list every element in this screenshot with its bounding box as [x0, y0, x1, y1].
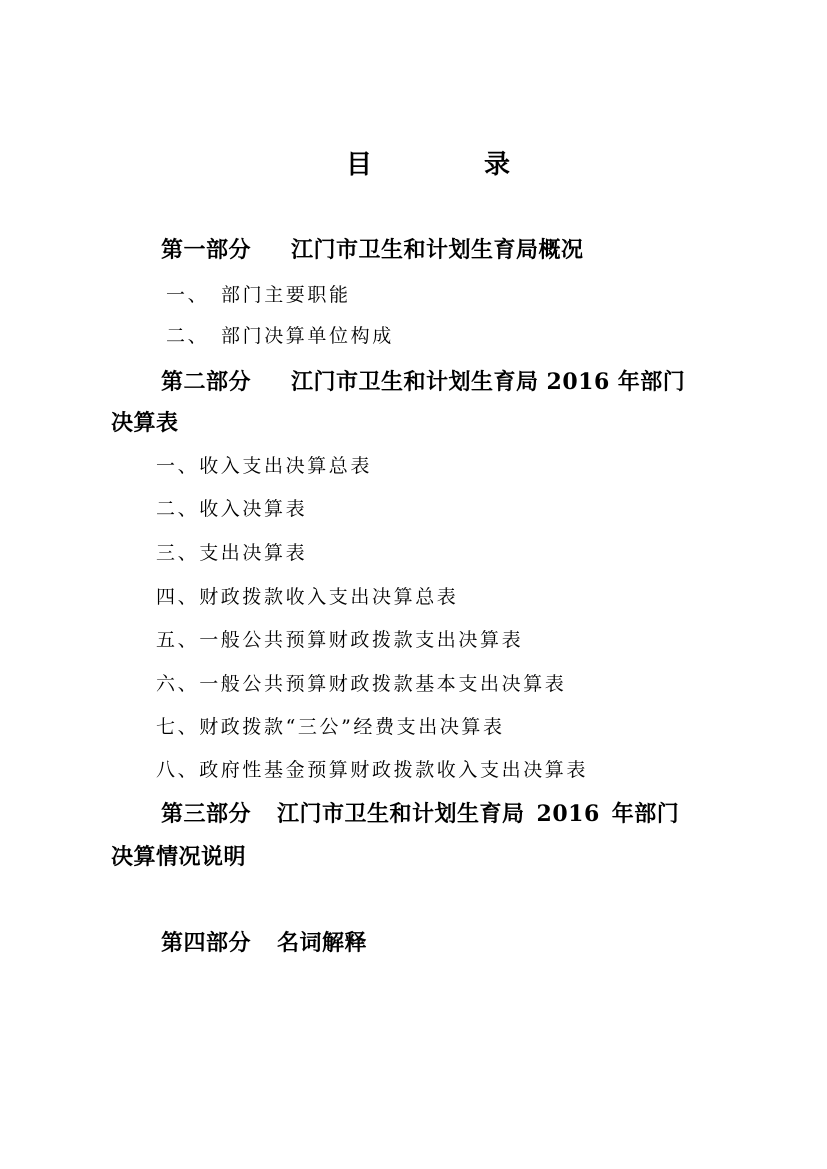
item-text: 一般公共预算财政拨款基本支出决算表 [199, 673, 566, 695]
part-3-title-pre: 江门市卫生和计划生育局 [277, 802, 525, 827]
item-text: 部门决算单位构成 [221, 325, 394, 347]
part-3-title-post: 年部门 [612, 802, 680, 827]
part-4-title: 名词解释 [277, 931, 367, 956]
part-2-item-3: 三、支出决算表 [156, 541, 307, 565]
part-2-label: 第二部分 [161, 370, 251, 395]
part-2-heading-line-1: 第二部分江门市卫生和计划生育局2016年部门 [161, 369, 685, 396]
part-1-label: 第一部分 [161, 238, 251, 263]
part-2-title-pre: 江门市卫生和计划生育局 [291, 370, 539, 395]
item-marker: 三、 [156, 542, 199, 564]
part-3-label: 第三部分 [161, 802, 251, 827]
item-marker: 一、 [166, 283, 221, 307]
part-1-title: 江门市卫生和计划生育局概况 [291, 238, 584, 263]
part-4-heading: 第四部分名词解释 [161, 931, 367, 957]
item-text: 财政拨款收入支出决算总表 [199, 586, 458, 608]
item-text: 收入支出决算总表 [199, 455, 372, 477]
part-2-item-2: 二、收入决算表 [156, 497, 307, 521]
part-2-item-8: 八、政府性基金预算财政拨款收入支出决算表 [156, 758, 588, 782]
part-3-heading-line-1: 第三部分江门市卫生和计划生育局2016年部门 [161, 801, 679, 828]
item-marker: 六、 [156, 673, 199, 695]
item-text: 财政拨款“三公”经费支出决算表 [199, 716, 504, 738]
item-marker: 五、 [156, 629, 199, 651]
item-marker: 二、 [166, 324, 221, 348]
part-2-title-post: 年部门 [618, 370, 686, 395]
document-page: 目 录 第一部分江门市卫生和计划生育局概况 一、部门主要职能 二、部门决算单位构… [0, 0, 827, 1169]
item-marker: 二、 [156, 498, 199, 520]
part-2-item-1: 一、收入支出决算总表 [156, 454, 372, 478]
toc-title-char-2: 录 [484, 150, 510, 180]
part-2-item-7: 七、财政拨款“三公”经费支出决算表 [156, 715, 505, 739]
part-4-label: 第四部分 [161, 931, 251, 956]
item-marker: 七、 [156, 716, 199, 738]
part-3-heading-line-2: 决算情况说明 [111, 845, 246, 871]
part-2-year: 2016 [547, 369, 610, 395]
part-2-item-4: 四、财政拨款收入支出决算总表 [156, 585, 458, 609]
part-2-heading-line-2: 决算表 [111, 411, 179, 437]
part-1-item-2: 二、部门决算单位构成 [166, 324, 394, 348]
item-text: 收入决算表 [199, 498, 307, 520]
item-marker: 一、 [156, 455, 199, 477]
part-1-heading: 第一部分江门市卫生和计划生育局概况 [161, 238, 584, 264]
part-2-item-5: 五、一般公共预算财政拨款支出决算表 [156, 628, 523, 652]
part-2-item-6: 六、一般公共预算财政拨款基本支出决算表 [156, 672, 566, 696]
toc-title-char-1: 目 [346, 150, 372, 180]
item-text: 支出决算表 [199, 542, 307, 564]
item-text: 一般公共预算财政拨款支出决算表 [199, 629, 523, 651]
item-text: 部门主要职能 [221, 284, 351, 306]
item-marker: 八、 [156, 759, 199, 781]
item-marker: 四、 [156, 586, 199, 608]
item-text: 政府性基金预算财政拨款收入支出决算表 [199, 759, 588, 781]
part-1-item-1: 一、部门主要职能 [166, 283, 351, 307]
part-3-year: 2016 [537, 801, 600, 827]
